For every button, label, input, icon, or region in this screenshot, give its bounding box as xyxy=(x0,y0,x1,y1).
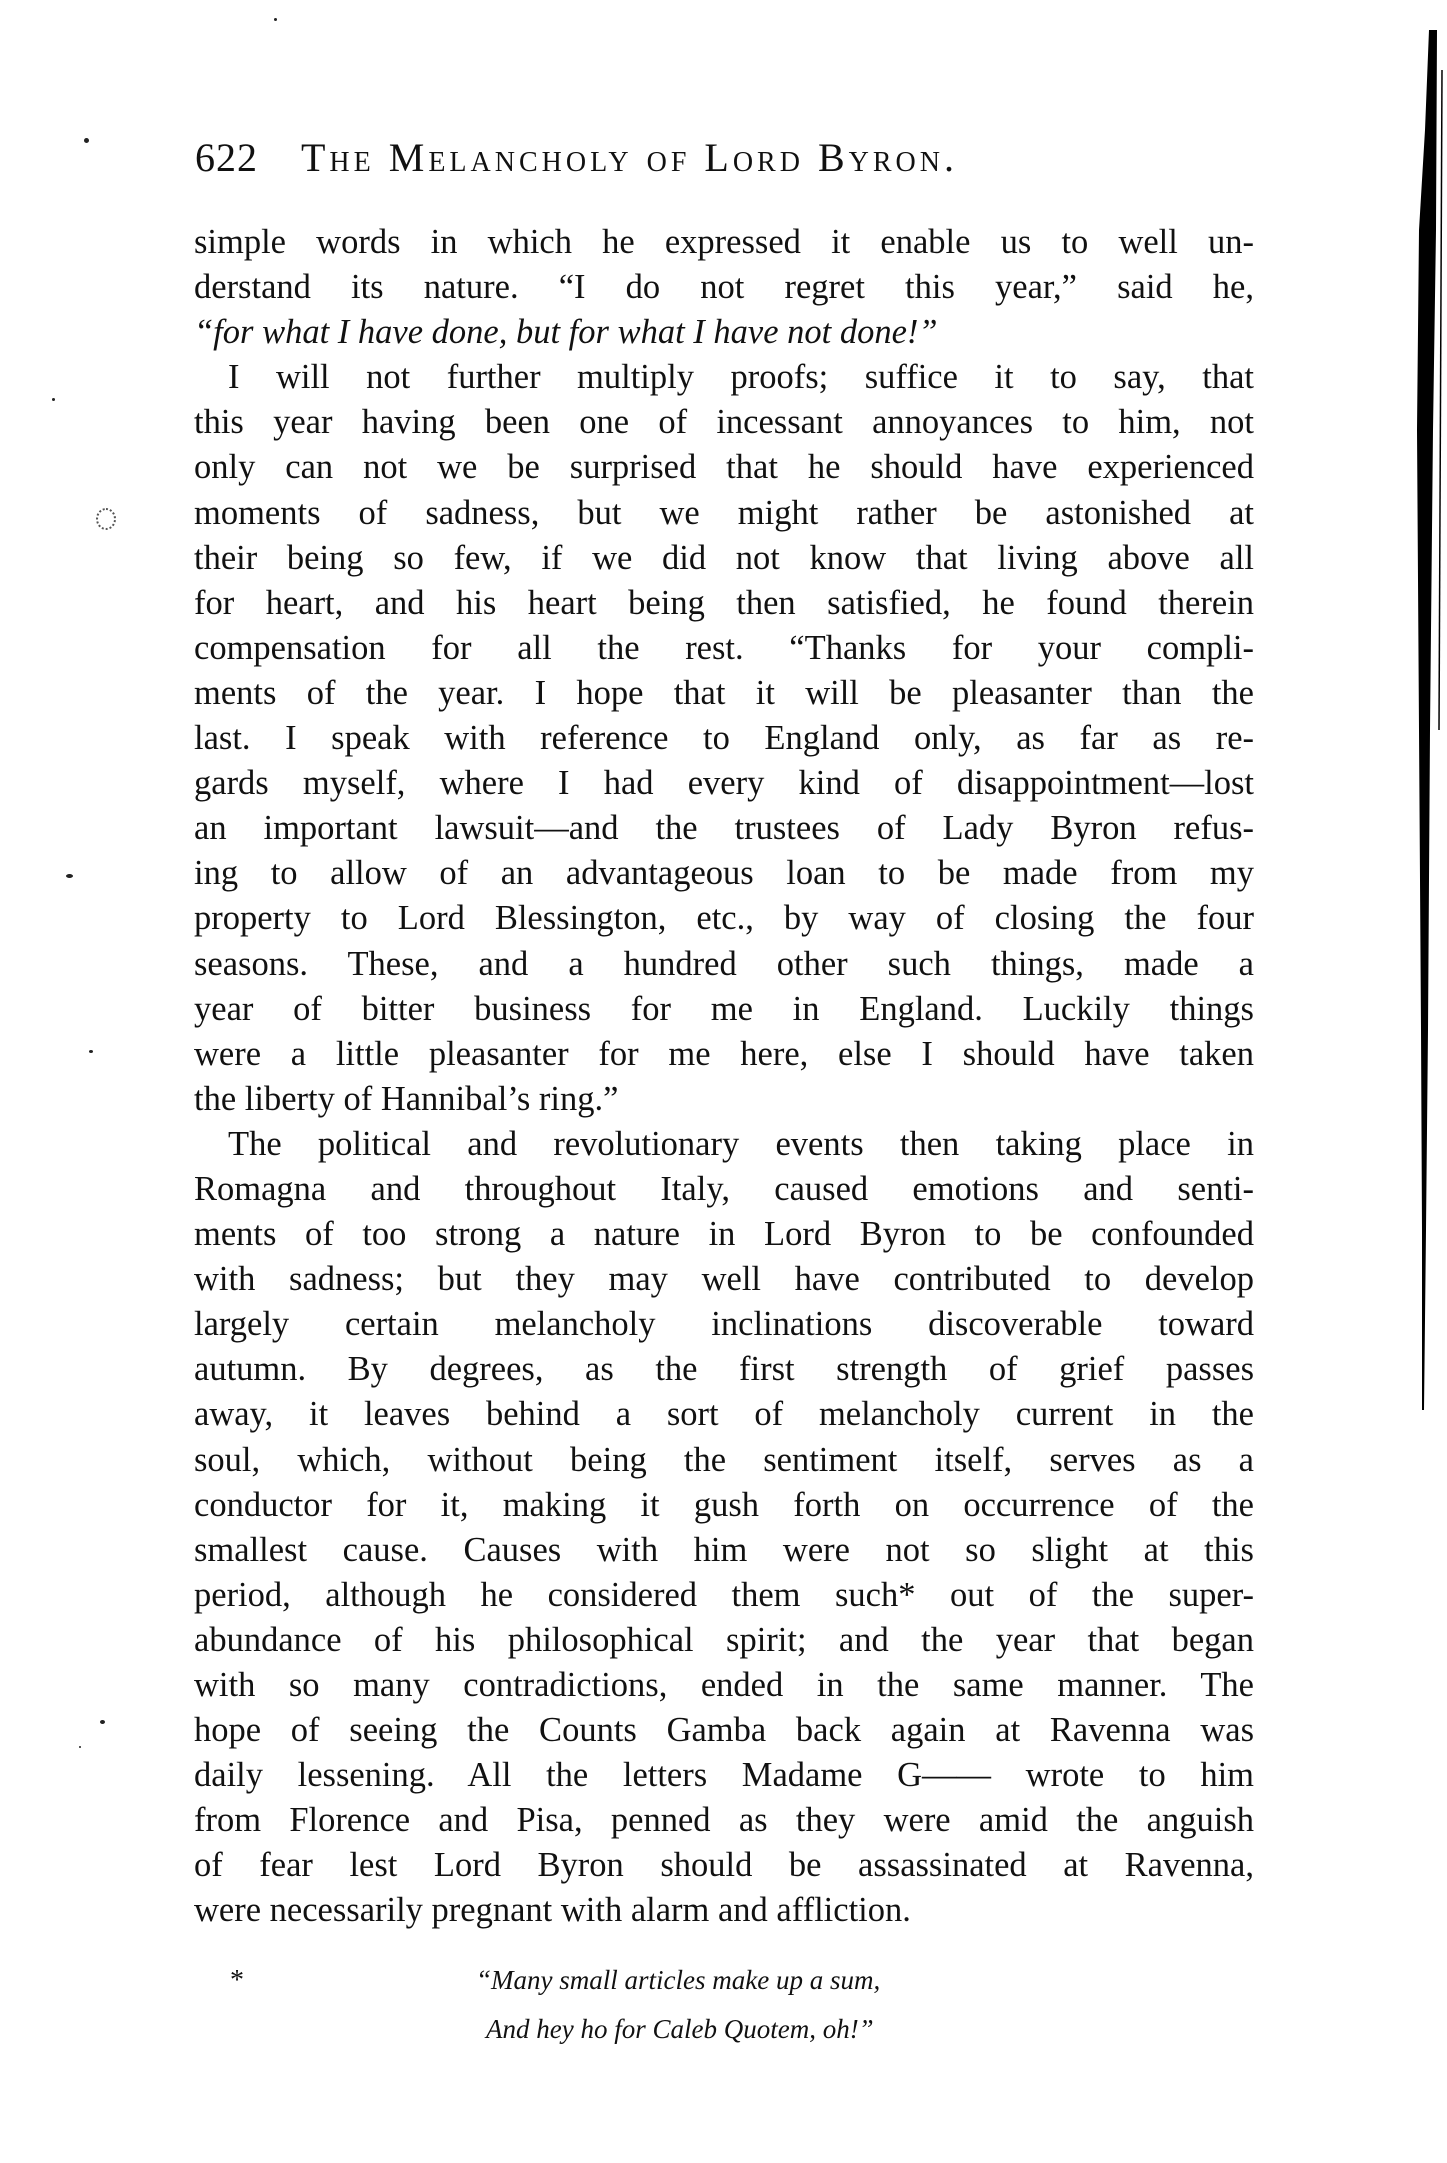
page-number: 622 xyxy=(195,135,258,180)
text-line: with so many contradictions, ended in th… xyxy=(194,1663,1254,1708)
scan-edge-shadow xyxy=(1395,30,1447,1450)
text-line: ments of too strong a nature in Lord Byr… xyxy=(194,1212,1254,1257)
body-text: simple words in which he expressed it en… xyxy=(194,220,1254,1934)
margin-speck xyxy=(89,1050,93,1053)
margin-speck xyxy=(274,18,277,21)
text-line: compensation for all the rest. “Thanks f… xyxy=(194,626,1254,671)
text-line: period, although he considered them such… xyxy=(194,1573,1254,1618)
text-line: for heart, and his heart being then sati… xyxy=(194,581,1254,626)
text-line: ing to allow of an advantageous loan to … xyxy=(194,851,1254,896)
text-line: seasons. These, and a hundred other such… xyxy=(194,942,1254,987)
text-line: an important lawsuit—and the trustees of… xyxy=(194,806,1254,851)
text-line: abundance of his philosophical spirit; a… xyxy=(194,1618,1254,1663)
text-line: autumn. By degrees, as the first strengt… xyxy=(194,1347,1254,1392)
margin-speck xyxy=(52,398,55,401)
text-line: with sadness; but they may well have con… xyxy=(194,1257,1254,1302)
text-line: the liberty of Hannibal’s ring.” xyxy=(194,1077,1254,1122)
margin-speck xyxy=(79,1746,81,1748)
text-line: simple words in which he expressed it en… xyxy=(194,220,1254,265)
text-line: soul, which, without being the sentiment… xyxy=(194,1438,1254,1483)
book-page: 622 The Melancholy of Lord Byron. simple… xyxy=(0,0,1447,2163)
footnote-verse: “Many small articles make up a sum, And … xyxy=(476,1956,880,2054)
text-line: property to Lord Blessington, etc., by w… xyxy=(194,896,1254,941)
text-line: from Florence and Pisa, penned as they w… xyxy=(194,1798,1254,1843)
footnote-verse-line: “Many small articles make up a sum, xyxy=(476,1956,880,2005)
text-line: “for what I have done, but for what I ha… xyxy=(194,310,1254,355)
text-line: gards myself, where I had every kind of … xyxy=(194,761,1254,806)
text-line: The political and revolutionary events t… xyxy=(194,1122,1254,1167)
text-line: only can not we be surprised that he sho… xyxy=(194,445,1254,490)
text-line: Romagna and throughout Italy, caused emo… xyxy=(194,1167,1254,1212)
text-line: moments of sadness, but we might rather … xyxy=(194,491,1254,536)
text-line: their being so few, if we did not know t… xyxy=(194,536,1254,581)
running-title: The Melancholy of Lord Byron. xyxy=(301,135,958,180)
text-line: of fear lest Lord Byron should be assass… xyxy=(194,1843,1254,1888)
footnote-mark: * xyxy=(230,1956,244,2005)
text-line: ments of the year. I hope that it will b… xyxy=(194,671,1254,716)
text-line: away, it leaves behind a sort of melanch… xyxy=(194,1392,1254,1437)
text-line: year of bitter business for me in Englan… xyxy=(194,987,1254,1032)
text-line: derstand its nature. “I do not regret th… xyxy=(194,265,1254,310)
text-line: were necessarily pregnant with alarm and… xyxy=(194,1888,1254,1933)
text-line: this year having been one of incessant a… xyxy=(194,400,1254,445)
text-line: smallest cause. Causes with him were not… xyxy=(194,1528,1254,1573)
margin-speck xyxy=(100,1720,105,1724)
text-line: were a little pleasanter for me here, el… xyxy=(194,1032,1254,1077)
text-line: I will not further multiply proofs; suff… xyxy=(194,355,1254,400)
footnote-verse-line: And hey ho for Caleb Quotem, oh!” xyxy=(476,2005,880,2054)
text-line: conductor for it, making it gush forth o… xyxy=(194,1483,1254,1528)
margin-ornament xyxy=(96,508,116,530)
text-line: last. I speak with reference to England … xyxy=(194,716,1254,761)
margin-speck xyxy=(66,874,73,878)
text-line: largely certain melancholy inclinations … xyxy=(194,1302,1254,1347)
margin-speck xyxy=(84,138,89,143)
text-line: daily lessening. All the letters Madame … xyxy=(194,1753,1254,1798)
text-line: hope of seeing the Counts Gamba back aga… xyxy=(194,1708,1254,1753)
running-head: 622 The Melancholy of Lord Byron. xyxy=(195,133,1195,183)
